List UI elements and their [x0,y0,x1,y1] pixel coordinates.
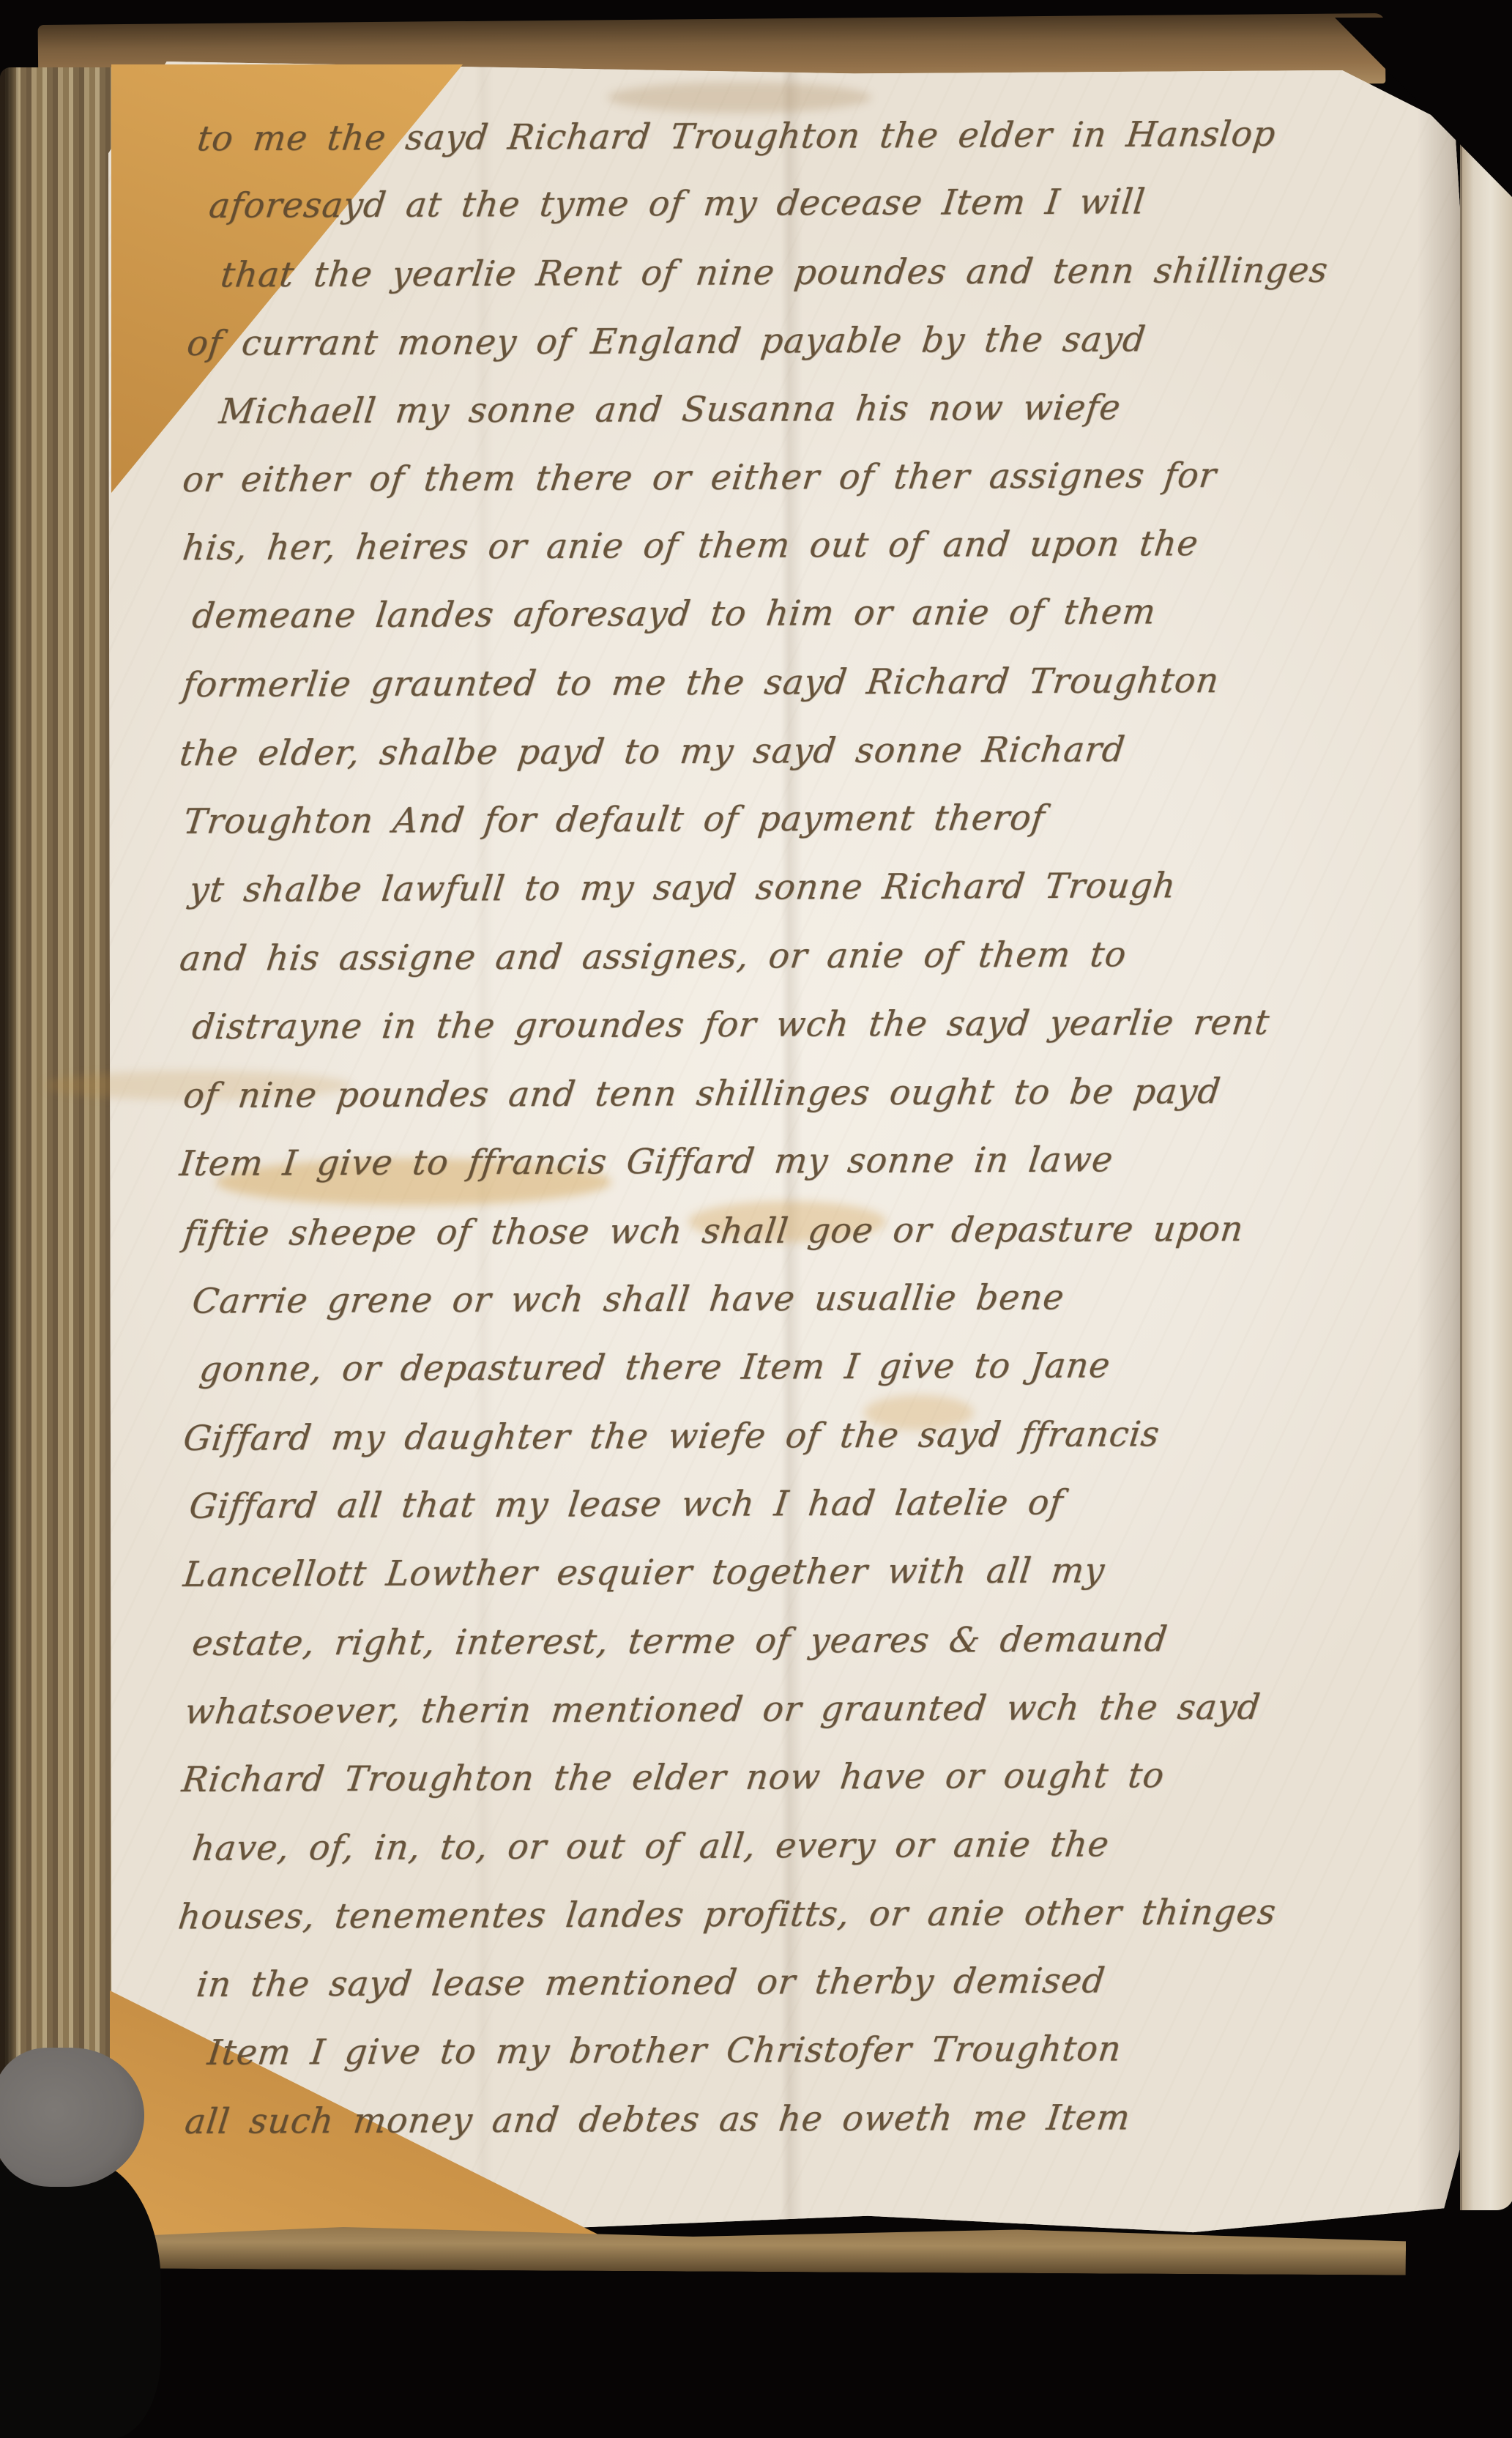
manuscript-line: the elder, shalbe payd to my sayd sonne … [177,730,1127,774]
manuscript-line: houses, tenementes landes profitts, or a… [176,1893,1278,1938]
manuscript-line: that the yearlie Rent of nine poundes an… [218,251,1330,296]
manuscript-line: to me the sayd Richard Troughton the eld… [195,115,1278,159]
manuscript-line: Giffard all that my lease wch I had late… [187,1483,1065,1526]
finger-shadow [0,2160,161,2438]
manuscript-line: yt shalbe lawfull to my sayd sonne Richa… [187,866,1178,910]
manuscript-line: fiftie sheepe of those wch shall goe or … [181,1210,1245,1254]
manuscript-line: estate, right, interest, terme of yeares… [190,1620,1169,1664]
manuscript-line: whatsoever, therin mentioned or graunted… [182,1688,1262,1732]
manuscript-line: Item I give to ffrancis Giffard my sonne… [177,1140,1115,1184]
manuscript-line: of currant money of England payable by t… [185,320,1147,364]
manuscript-line: Michaell my sonne and Susanna his now wi… [217,388,1122,431]
manuscript-line: all such money and debtes as he oweth me… [182,2098,1132,2142]
manuscript-line: Carrie grene or wch shall have usuallie … [190,1278,1066,1321]
book-photo: to me the sayd Richard Troughton the eld… [0,0,1512,2438]
ink-stain [608,82,871,113]
manuscript-line: demeane landes aforesayd to him or anie … [190,592,1158,636]
manuscript-line: or either of them there or either of the… [180,456,1218,500]
manuscript-line: formerlie graunted to me the sayd Richar… [180,661,1221,705]
manuscript-line: Item I give to my brother Christofer Tro… [205,2029,1123,2073]
manuscript-line: aforesayd at the tyme of my decease Item… [206,182,1147,226]
manuscript-line: Troughton And for default of payment the… [181,798,1047,841]
manuscript-line: in the sayd lease mentioned or therby de… [194,1961,1107,2004]
manuscript-line: gonne, or depastured there Item I give t… [197,1346,1112,1389]
manuscript-line: have, of, in, to, or out of all, every o… [190,1825,1111,1869]
manuscript-line: Richard Troughton the elder now have or … [179,1756,1166,1800]
manuscript-line: of nine poundes and tenn shillinges ough… [181,1072,1223,1116]
manuscript-line: and his assigne and assignes, or anie of… [177,935,1128,979]
fore-edge-fold [1460,130,1512,2210]
manuscript-line: his, her, heires or anie of them out of … [180,524,1200,568]
manuscript-line: distrayne in the groundes for wch the sa… [190,1003,1271,1047]
manuscript-line: Giffard my daughter the wiefe of the say… [181,1415,1161,1459]
book-spine-page-edges [0,67,117,2367]
manuscript-line: Lancellott Lowther esquier together with… [181,1551,1106,1595]
